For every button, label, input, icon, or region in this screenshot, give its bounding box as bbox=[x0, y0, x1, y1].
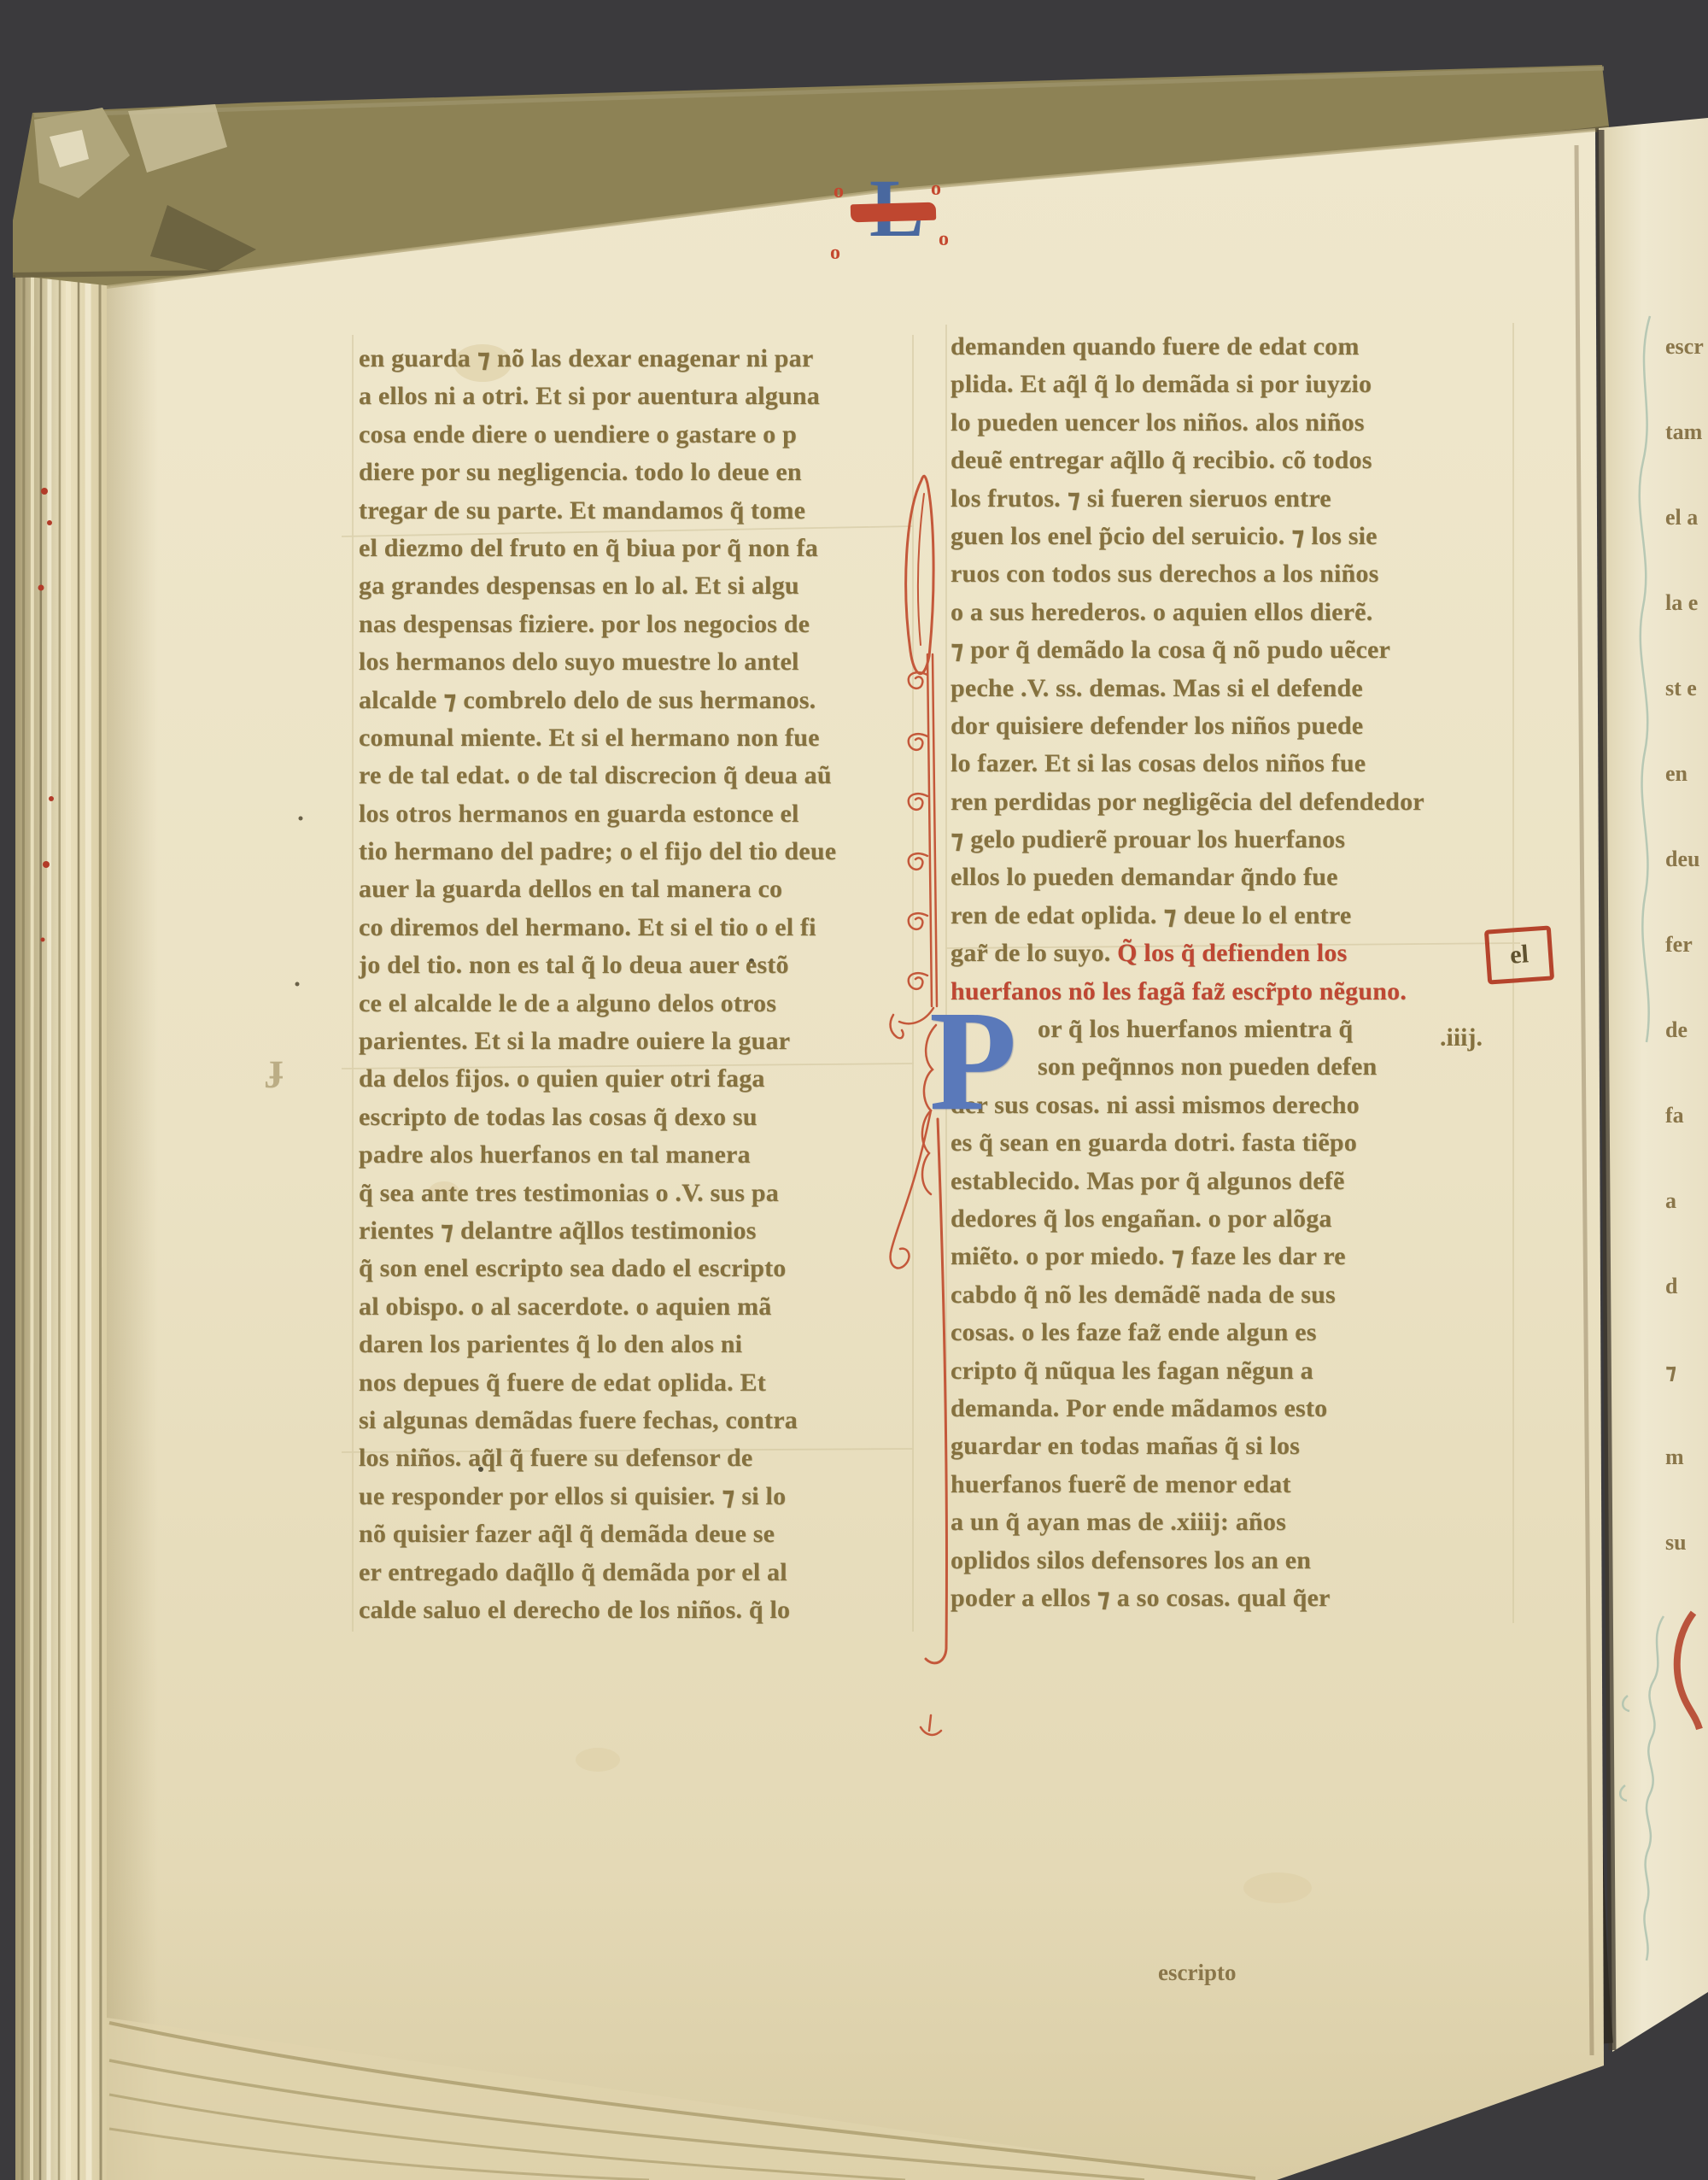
manuscript-line: calde saluo el derecho de los niños. q̃ … bbox=[359, 1591, 922, 1629]
manuscript-line: demanden quando fuere de edat com bbox=[951, 328, 1524, 366]
manuscript-line: tregar de su parte. Et mandamos q̃ tome bbox=[359, 492, 922, 530]
edge-fragment: en bbox=[1665, 731, 1708, 817]
edge-fragment: d bbox=[1665, 1244, 1708, 1329]
manuscript-line: escripto de todas las cosas q̃ dexo su bbox=[359, 1099, 922, 1136]
manuscript-line: rientes ⁊ delantre aq̃llos testimonios bbox=[359, 1212, 922, 1250]
edge-fragment: el a bbox=[1665, 475, 1708, 560]
edge-fragment: deu bbox=[1665, 817, 1708, 902]
edge-fragment: tam bbox=[1665, 390, 1708, 475]
edge-fragment: ⁊ bbox=[1665, 1329, 1708, 1415]
manuscript-line: da delos fijos. o quien quier otri faga bbox=[359, 1060, 922, 1098]
manuscript-line: auer la guarda dellos en tal manera co bbox=[359, 870, 922, 908]
manuscript-line: ⁊ gelo pudierẽ prouar los huerfanos bbox=[951, 821, 1524, 859]
manuscript-line: or q̃ los huerfanos mientra q̃ bbox=[951, 1011, 1524, 1048]
manuscript-line: si algunas demãdas fuere fechas, contra bbox=[359, 1402, 922, 1439]
manuscript-line: a ellos ni a otri. Et si por auentura al… bbox=[359, 378, 922, 415]
manuscript-line: nõ quisier fazer aq̃l q̃ demãda deue se bbox=[359, 1515, 922, 1553]
manuscript-line: lo fazer. Et si las cosas delos niños fu… bbox=[951, 745, 1524, 782]
rubric-dot: o bbox=[830, 243, 840, 263]
rubric-text: Q̃ los q̃ defienden los bbox=[1117, 939, 1347, 967]
manuscript-line: re de tal edat. o de tal discrecion q̃ d… bbox=[359, 757, 922, 794]
manuscript-line: q̃ sea ante tres testimonias o .V. sus p… bbox=[359, 1175, 922, 1212]
initial-indented-lines: or q̃ los huerfanos mientra q̃son peq̃nn… bbox=[951, 1011, 1524, 1087]
boxed-marginal-note-text: el bbox=[1509, 940, 1530, 970]
manuscript-line: es q̃ sean en guarda dotri. fasta tiẽpo bbox=[951, 1124, 1524, 1162]
rubric-dot: o bbox=[834, 181, 844, 202]
edge-fragment: escr bbox=[1665, 304, 1708, 390]
right-text-column: demanden quando fuere de edat complida. … bbox=[951, 328, 1524, 1617]
manuscript-line: al obispo. o al sacerdote. o aquien mã bbox=[359, 1288, 922, 1326]
manuscript-line: der sus cosas. ni assi mismos derecho bbox=[951, 1087, 1524, 1124]
edge-fragment: m bbox=[1665, 1415, 1708, 1500]
manuscript-line: los niños. aq̃l q̃ fuere su defensor de bbox=[359, 1439, 922, 1477]
manuscript-line: plida. Et aq̃l q̃ lo demãda si por iuyzi… bbox=[951, 366, 1524, 403]
manuscript-line: guardar en todas mañas q̃ si los bbox=[951, 1427, 1524, 1465]
manuscript-line: ue responder por ellos si quisier. ⁊ si … bbox=[359, 1478, 922, 1515]
edge-fragment: st e bbox=[1665, 646, 1708, 731]
manuscript-line: o a sus herederos. o aquien ellos dierẽ. bbox=[951, 594, 1524, 631]
edge-fragment: a bbox=[1665, 1158, 1708, 1244]
left-page-stack bbox=[15, 229, 115, 2180]
manuscript-line: alcalde ⁊ combrelo delo de sus hermanos. bbox=[359, 682, 922, 719]
manuscript-line: dedores q̃ los engañan. o por alõga bbox=[951, 1200, 1524, 1238]
manuscript-line: a un q̃ ayan mas de .xiiij: años bbox=[951, 1503, 1524, 1541]
manuscript-line: guen los enel p̃cio del seruicio. ⁊ los … bbox=[951, 518, 1524, 555]
manuscript-line: cosa ende diere o uendiere o gastare o p bbox=[359, 416, 922, 454]
chapter-number: .iiij. bbox=[1440, 1023, 1483, 1052]
manuscript-line: ren perdidas por negligẽcia del defended… bbox=[951, 783, 1524, 821]
manuscript-line: q̃ son enel escripto sea dado el escript… bbox=[359, 1250, 922, 1287]
manuscript-line: cabdo q̃ nõ les demãdẽ nada de sus bbox=[951, 1276, 1524, 1314]
edge-fragment: su bbox=[1665, 1500, 1708, 1585]
manuscript-line: er entregado daq̃llo q̃ demãda por el al bbox=[359, 1554, 922, 1591]
manuscript-line: ellos lo pueden demandar q̃ndo fue bbox=[951, 859, 1524, 896]
edge-fragment: fa bbox=[1665, 1073, 1708, 1158]
manuscript-line: diere por su negligencia. todo lo deue e… bbox=[359, 454, 922, 491]
manuscript-line: tio hermano del padre; o el fijo del tio… bbox=[359, 833, 922, 870]
rubric-line: huerfanos nõ les fagã faz̃ escr̃pto nẽgu… bbox=[951, 973, 1524, 1011]
manuscript-line: ruos con todos sus derechos a los niños bbox=[951, 555, 1524, 593]
left-text-column: en guarda ⁊ nõ las dexar enagenar ni par… bbox=[359, 340, 922, 1629]
manuscript-line: padre alos huerfanos en tal manera bbox=[359, 1136, 922, 1174]
edge-fragment: fer bbox=[1665, 902, 1708, 987]
heading-initial-red-bar bbox=[851, 202, 937, 223]
boxed-marginal-note: el bbox=[1484, 925, 1554, 984]
manuscript-line: comunal miente. Et si el hermano non fue bbox=[359, 719, 922, 757]
manuscript-line: daren los parientes q̃ lo den alos ni bbox=[359, 1326, 922, 1363]
manuscript-line: nas despensas fiziere. por los negocios … bbox=[359, 606, 922, 643]
right-column-upper-lines: demanden quando fuere de edat complida. … bbox=[951, 328, 1524, 935]
manuscript-line: co diremos del hermano. Et si el tio o e… bbox=[359, 909, 922, 946]
manuscript-line: oplidos silos defensores los an en bbox=[951, 1542, 1524, 1579]
right-column-lower-lines: der sus cosas. ni assi mismos derechoes … bbox=[951, 1087, 1524, 1617]
manuscript-line: ce el alcalde le de a alguno delos otros bbox=[359, 985, 922, 1023]
edge-fragment: de bbox=[1665, 987, 1708, 1073]
manuscript-line: lo pueden uencer los niños. alos niños bbox=[951, 404, 1524, 442]
manuscript-line: ren de edat oplida. ⁊ deue lo el entre bbox=[951, 897, 1524, 935]
next-page-text-fragments: escrtamel ala est eendeuferdefaad⁊msu bbox=[1665, 304, 1708, 1585]
manuscript-line: peche .V. ss. demas. Mas si el defende bbox=[951, 670, 1524, 707]
manuscript-line: miẽto. o por miedo. ⁊ faze les dar re bbox=[951, 1238, 1524, 1275]
manuscript-line: jo del tio. non es tal q̃ lo deua auer e… bbox=[359, 946, 922, 984]
manuscript-line: los frutos. ⁊ si fueren sieruos entre bbox=[951, 480, 1524, 518]
mixed-rubric-line: gar̃ de lo suyo. Q̃ los q̃ defienden los bbox=[951, 935, 1524, 972]
manuscript-line: nos depues q̃ fuere de edat oplida. Et bbox=[359, 1364, 922, 1402]
rubric-dot: o bbox=[939, 229, 949, 249]
manuscript-line: son peq̃nnos non pueden defen bbox=[951, 1048, 1524, 1086]
manuscript-line: el diezmo del fruto en q̃ biua por q̃ no… bbox=[359, 530, 922, 567]
edge-fragment: la e bbox=[1665, 560, 1708, 646]
manuscript-line: poder a ellos ⁊ a so cosas. qual q̃er bbox=[951, 1579, 1524, 1617]
manuscript-line: gar̃ de lo suyo. bbox=[951, 939, 1117, 967]
manuscript-line: en guarda ⁊ nõ las dexar enagenar ni par bbox=[359, 340, 922, 378]
rubric-dot: o bbox=[931, 179, 941, 199]
manuscript-line: parientes. Et si la madre ouiere la guar bbox=[359, 1023, 922, 1060]
manuscript-line: dor quisiere defender los niños puede bbox=[951, 707, 1524, 745]
manuscript-line: deuẽ entregar aq̃llo q̃ recibio. cõ todo… bbox=[951, 442, 1524, 479]
manuscript-line: establecido. Mas por q̃ algunos defẽ bbox=[951, 1163, 1524, 1200]
chapter-initial-P: P bbox=[929, 989, 1017, 1133]
manuscript-line: cosas. o les faze faz̃ ende algun es bbox=[951, 1314, 1524, 1351]
manuscript-line: cripto q̃ nũqua les fagan nẽgun a bbox=[951, 1352, 1524, 1390]
manuscript-line: huerfanos fuerẽ de menor edat bbox=[951, 1466, 1524, 1503]
manuscript-line: ga grandes despensas en lo al. Et si alg… bbox=[359, 567, 922, 605]
manuscript-line: demanda. Por ende mãdamos esto bbox=[951, 1390, 1524, 1427]
margin-nota-mark: ɟ bbox=[270, 1044, 283, 1089]
catchword: escripto bbox=[1158, 1960, 1236, 1986]
manuscript-line: los otros hermanos en guarda estonce el bbox=[359, 795, 922, 833]
manuscript-line: ⁊ por q̃ demãdo la cosa q̃ nõ pudo uẽcer bbox=[951, 631, 1524, 669]
manuscript-line: los hermanos delo suyo muestre lo antel bbox=[359, 643, 922, 681]
